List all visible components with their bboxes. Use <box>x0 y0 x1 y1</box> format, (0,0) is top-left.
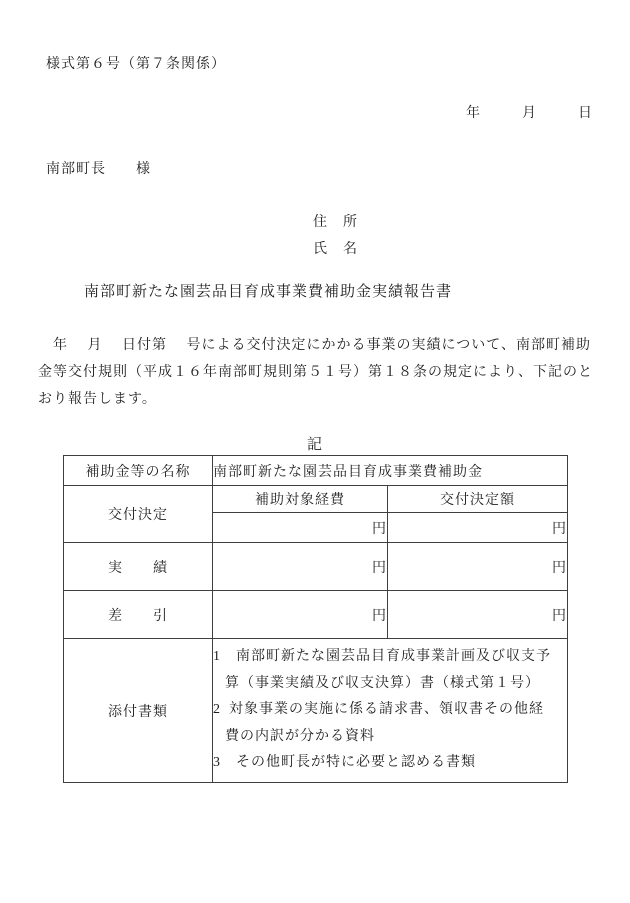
table-row-attachments: 添付書類 1 南部町新たな園芸品目育成事業計画及び収支予 算（事業実績及び収支決… <box>64 639 568 783</box>
form-number: 様式第６号（第７条関係） <box>46 53 226 73</box>
result-label: 実 績 <box>64 543 213 591</box>
result-expense-yen: 円 <box>213 543 388 591</box>
subsidy-name-label: 補助金等の名称 <box>64 456 213 486</box>
table-row-difference: 差 引 円 円 <box>64 591 568 639</box>
attachment-item-1-continued: 算（事業実績及び収支決算）書（様式第１号） <box>225 671 567 698</box>
attachment-item-2-continued: 費の内訳が分かる資料 <box>225 724 567 751</box>
attachment-item-2: 2 対象事業の実施に係る請求書、領収書その他経 <box>213 697 567 724</box>
attachments-label: 添付書類 <box>64 639 213 783</box>
column-header-expense: 補助対象経費 <box>213 486 388 513</box>
decision-amount-yen: 円 <box>388 513 568 543</box>
difference-amount-yen: 円 <box>388 591 568 639</box>
address-label: 住 所 <box>313 209 358 236</box>
subsidy-name-value: 南部町新たな園芸品目育成事業費補助金 <box>213 456 568 486</box>
document-page: 様式第６号（第７条関係） 年 月 日 南部町長 様 住 所 氏 名 南部町新たな… <box>0 0 630 903</box>
attachments-list: 1 南部町新たな園芸品目育成事業計画及び収支予 算（事業実績及び収支決算）書（様… <box>213 639 568 783</box>
body-line-2: 金等交付規則（平成１６年南部町規則第５１号）第１８条の規定により、下記のと <box>38 359 598 386</box>
attachment-item-3: 3 その他町長が特に必要と認める書類 <box>213 750 567 777</box>
body-line-3: おり報告します。 <box>38 386 598 413</box>
column-header-amount: 交付決定額 <box>388 486 568 513</box>
ki-heading: 記 <box>63 433 567 454</box>
decision-label: 交付決定 <box>64 486 213 543</box>
body-paragraph: 年 月 日付第 号による交付決定にかかる事業の実績について、南部町補助 金等交付… <box>38 332 598 413</box>
date-line: 年 月 日 <box>466 102 592 122</box>
addressee: 南部町長 様 <box>46 158 151 178</box>
decision-expense-yen: 円 <box>213 513 388 543</box>
attachment-item-1: 1 南部町新たな園芸品目育成事業計画及び収支予 <box>213 644 567 671</box>
difference-expense-yen: 円 <box>213 591 388 639</box>
table-row-decision-header: 交付決定 補助対象経費 交付決定額 <box>64 486 568 513</box>
name-label: 氏 名 <box>313 236 358 263</box>
result-amount-yen: 円 <box>388 543 568 591</box>
report-table: 補助金等の名称 南部町新たな園芸品目育成事業費補助金 交付決定 補助対象経費 交… <box>63 455 568 783</box>
sender-block: 住 所 氏 名 <box>313 209 358 263</box>
body-line-1: 年 月 日付第 号による交付決定にかかる事業の実績について、南部町補助 <box>38 332 598 359</box>
document-title: 南部町新たな園芸品目育成事業費補助金実績報告書 <box>84 280 452 301</box>
difference-label: 差 引 <box>64 591 213 639</box>
table-row-result: 実 績 円 円 <box>64 543 568 591</box>
table-row-subsidy-name: 補助金等の名称 南部町新たな園芸品目育成事業費補助金 <box>64 456 568 486</box>
